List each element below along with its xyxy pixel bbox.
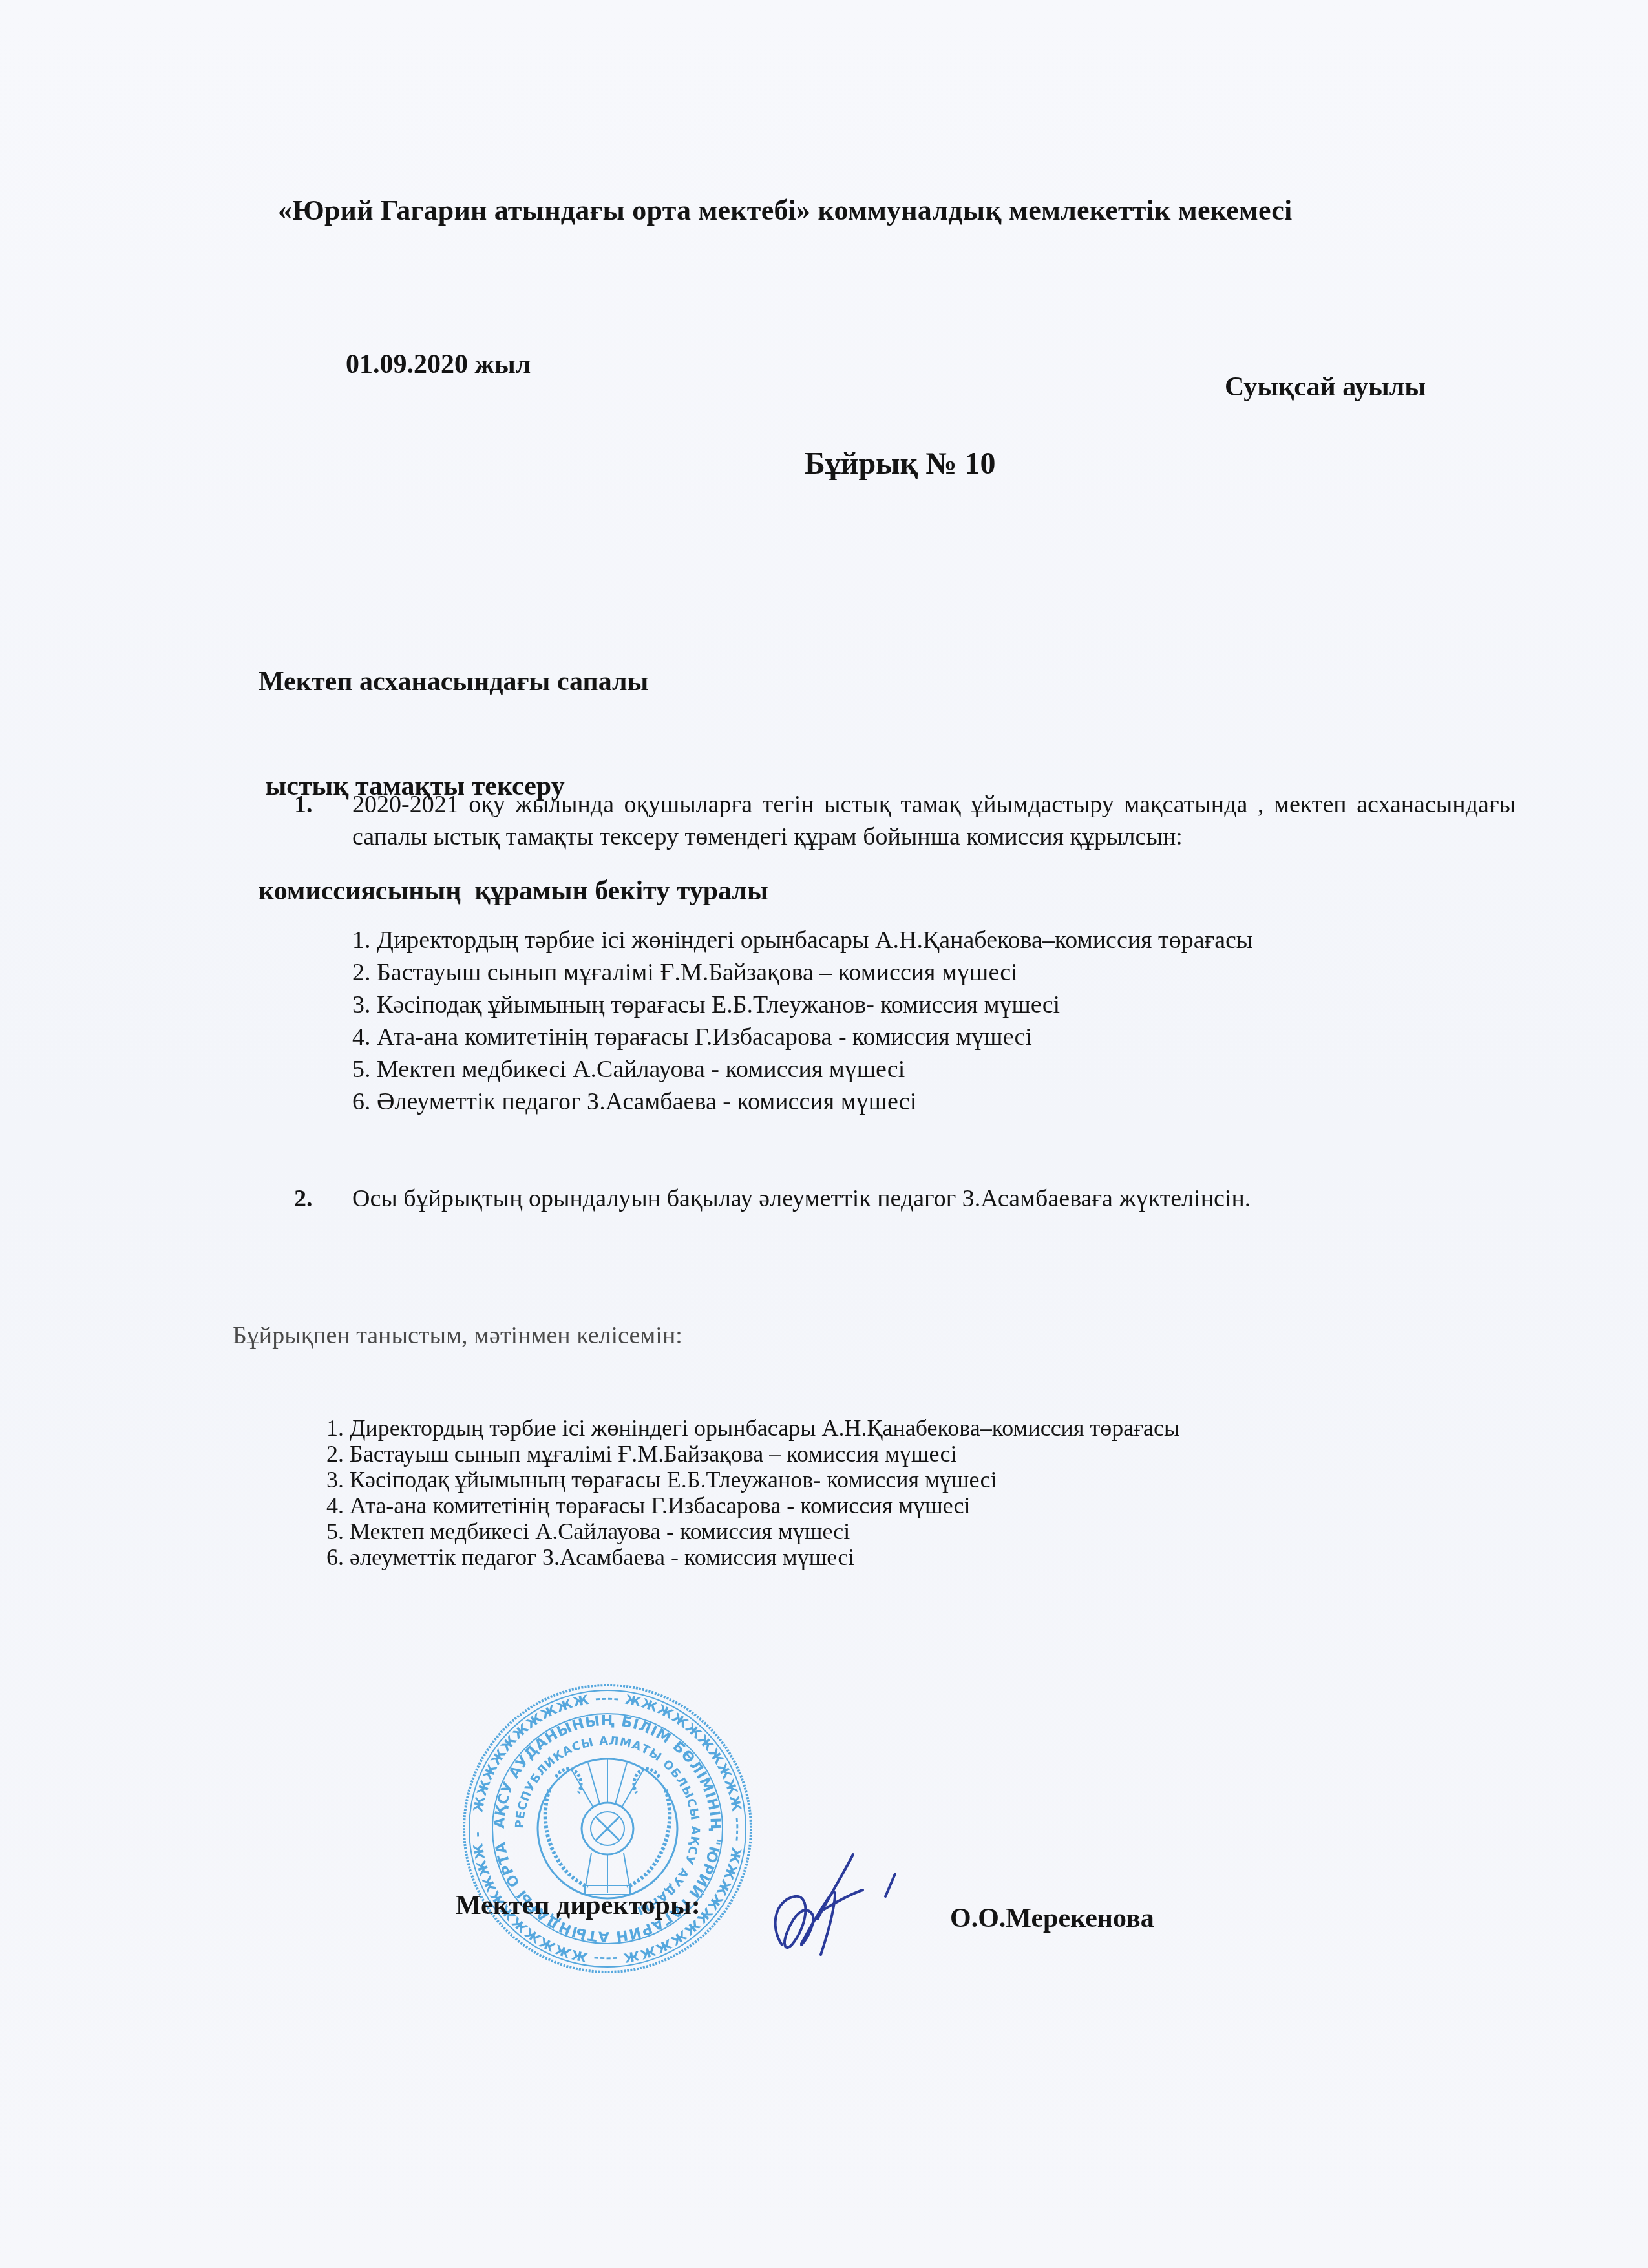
document-page: «Юрий Гагарин атындағы орта мектебі» ком… (0, 0, 1648, 2268)
commission-member: 6. Әлеуметтік педагог З.Асамбаева - коми… (352, 1086, 1451, 1118)
clause-2-number: 2. (294, 1184, 313, 1213)
acknowledgment-item: 2. Бастауыш сынып мұғалімі Ғ.М.Байзақова… (326, 1441, 1179, 1467)
commission-member: 1. Директордың тәрбие ісі жөніндегі орын… (352, 924, 1386, 956)
order-date: 01.09.2020 жыл (346, 349, 531, 380)
order-title: Бұйрық № 10 (805, 446, 995, 481)
acknowledgment-item: 5. Мектеп медбикесі А.Сайлауова - комисс… (326, 1518, 1179, 1544)
director-signature-icon (756, 1848, 924, 1964)
commission-member: 2. Бастауыш сынып мұғалімі Ғ.М.Байзақова… (352, 956, 1451, 989)
commission-member: 3. Кәсіподақ ұйымының төрағасы Е.Б.Тлеуж… (352, 989, 1451, 1021)
director-label: Мектеп директоры: (456, 1890, 701, 1921)
order-place: Суықсай ауылы (1225, 372, 1426, 403)
acknowledgment-item: 1. Директордың тәрбие ісі жөніндегі орын… (326, 1415, 1179, 1441)
acknowledgment-item: 3. Кәсіподақ ұйымының төрағасы Е.Б.Тлеуж… (326, 1467, 1179, 1493)
acknowledgment-item: 4. Ата-ана комитетінің төрағасы Г.Избаса… (326, 1493, 1179, 1518)
commission-member: 5. Мектеп медбикесі А.Сайлауова - комисс… (352, 1053, 1451, 1086)
clause-1-text: 2020-2021 оқу жылында оқушыларға тегін ы… (352, 788, 1516, 853)
director-name: О.О.Мерекенова (950, 1903, 1154, 1934)
subject-line: Мектеп асханасындағы сапалы (259, 664, 768, 699)
organization-header: «Юрий Гагарин атындағы орта мектебі» ком… (278, 194, 1292, 227)
clause-1-number: 1. (294, 790, 313, 819)
acknowledgment-list: 1. Директордың тәрбие ісі жөніндегі орын… (326, 1415, 1179, 1570)
commission-members-list: 1. Директордың тәрбие ісі жөніндегі орын… (352, 924, 1451, 1118)
order-subject: Мектеп асханасындағы сапалы ыстық тамақт… (259, 594, 768, 978)
clause-2-text: Осы бұйрықтың орындалуын бақылау әлеумет… (352, 1182, 1512, 1215)
official-stamp-icon: ЖЖЖЖЖЖЖЖЖЖ ---- ЖЖЖЖЖЖЖЖЖЖ ---- ЖЖЖЖЖЖЖЖ… (459, 1680, 756, 1977)
acknowledgment-item: 6. әлеуметтік педагог З.Асамбаева - коми… (326, 1544, 1179, 1570)
subject-line: комиссиясының құрамын бекіту туралы (259, 874, 768, 908)
acknowledgment-label: Бұйрықпен таныстым, мәтінмен келісемін: (233, 1321, 682, 1350)
commission-member: 4. Ата-ана комитетінің төрағасы Г.Избаса… (352, 1021, 1451, 1053)
